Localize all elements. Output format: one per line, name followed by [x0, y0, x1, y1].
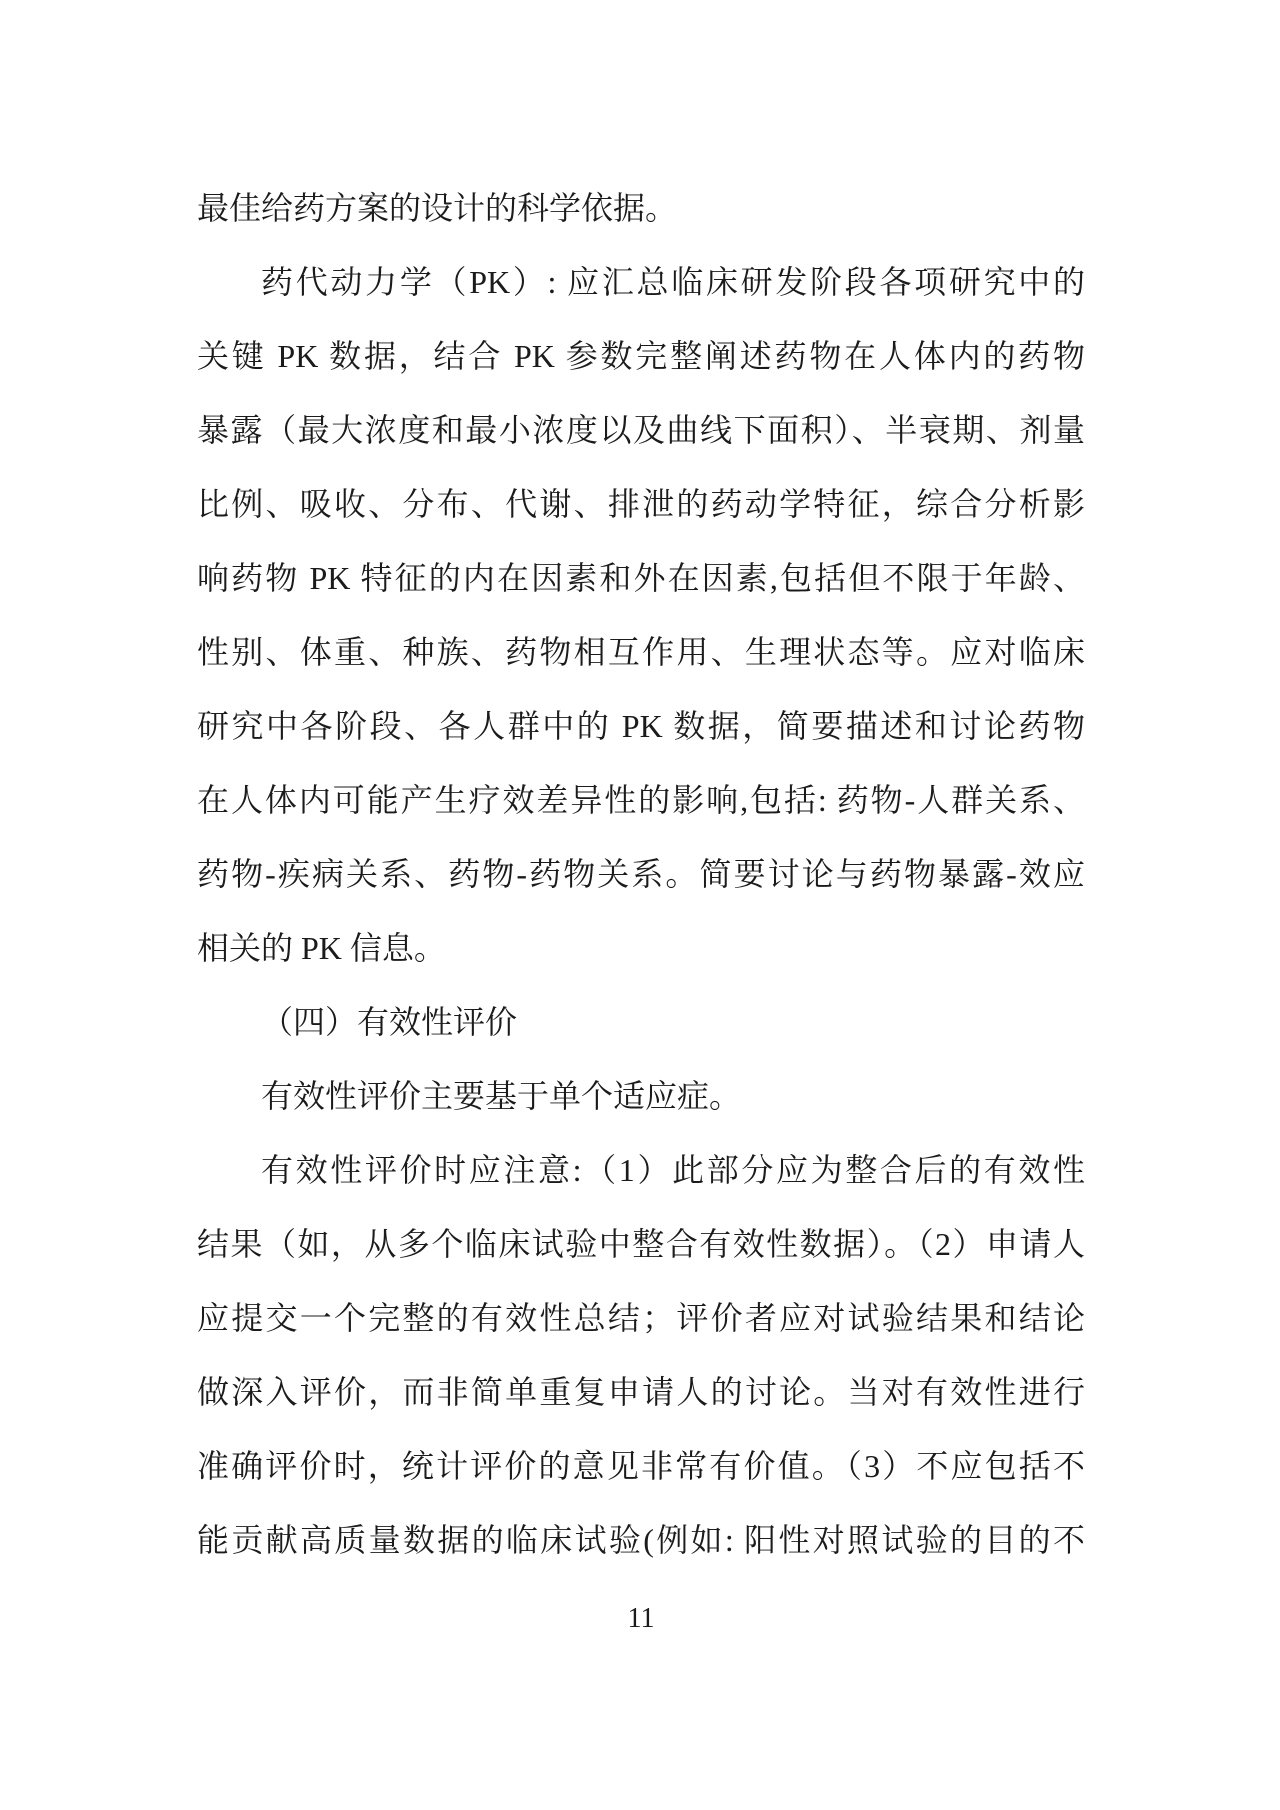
- paragraph-line: 相关的 PK 信息。: [197, 911, 1085, 985]
- paragraph-line: 暴露（最大浓度和最小浓度以及曲线下面积）、半衰期、剂量: [197, 393, 1085, 467]
- paragraph-line: 性别、体重、种族、药物相互作用、生理状态等。应对临床: [197, 615, 1085, 689]
- section-heading: （四）有效性评价: [197, 985, 1085, 1059]
- paragraph-line: 药物-疾病关系、药物-药物关系。简要讨论与药物暴露-效应: [197, 837, 1085, 911]
- paragraph-line: 药代动力学（PK）: 应汇总临床研发阶段各项研究中的: [197, 245, 1085, 319]
- paragraph-line: 能贡献高质量数据的临床试验(例如: 阳性对照试验的目的不: [197, 1503, 1085, 1577]
- paragraph-line: 有效性评价主要基于单个适应症。: [197, 1059, 1085, 1133]
- paragraph-line: 比例、吸收、分布、代谢、排泄的药动学特征，综合分析影: [197, 467, 1085, 541]
- document-page: 最佳给药方案的设计的科学依据。 药代动力学（PK）: 应汇总临床研发阶段各项研究…: [0, 0, 1280, 1810]
- paragraph-line: 研究中各阶段、各人群中的 PK 数据，简要描述和讨论药物: [197, 689, 1085, 763]
- paragraph-line: 在人体内可能产生疗效差异性的影响,包括: 药物-人群关系、: [197, 763, 1085, 837]
- paragraph-line: 有效性评价时应注意:（1）此部分应为整合后的有效性: [197, 1133, 1085, 1207]
- paragraph-line: 结果（如，从多个临床试验中整合有效性数据）。（2）申请人: [197, 1207, 1085, 1281]
- paragraph-line: 响药物 PK 特征的内在因素和外在因素,包括但不限于年龄、: [197, 541, 1085, 615]
- paragraph-line: 最佳给药方案的设计的科学依据。: [197, 171, 1085, 245]
- paragraph-line: 准确评价时，统计评价的意见非常有价值。（3）不应包括不: [197, 1429, 1085, 1503]
- paragraph-line: 应提交一个完整的有效性总结；评价者应对试验结果和结论: [197, 1281, 1085, 1355]
- page-number: 11: [197, 1602, 1085, 1636]
- paragraph-line: 做深入评价，而非简单重复申请人的讨论。当对有效性进行: [197, 1355, 1085, 1429]
- page-body-text: 最佳给药方案的设计的科学依据。 药代动力学（PK）: 应汇总临床研发阶段各项研究…: [197, 171, 1085, 1577]
- paragraph-line: 关键 PK 数据，结合 PK 参数完整阐述药物在人体内的药物: [197, 319, 1085, 393]
